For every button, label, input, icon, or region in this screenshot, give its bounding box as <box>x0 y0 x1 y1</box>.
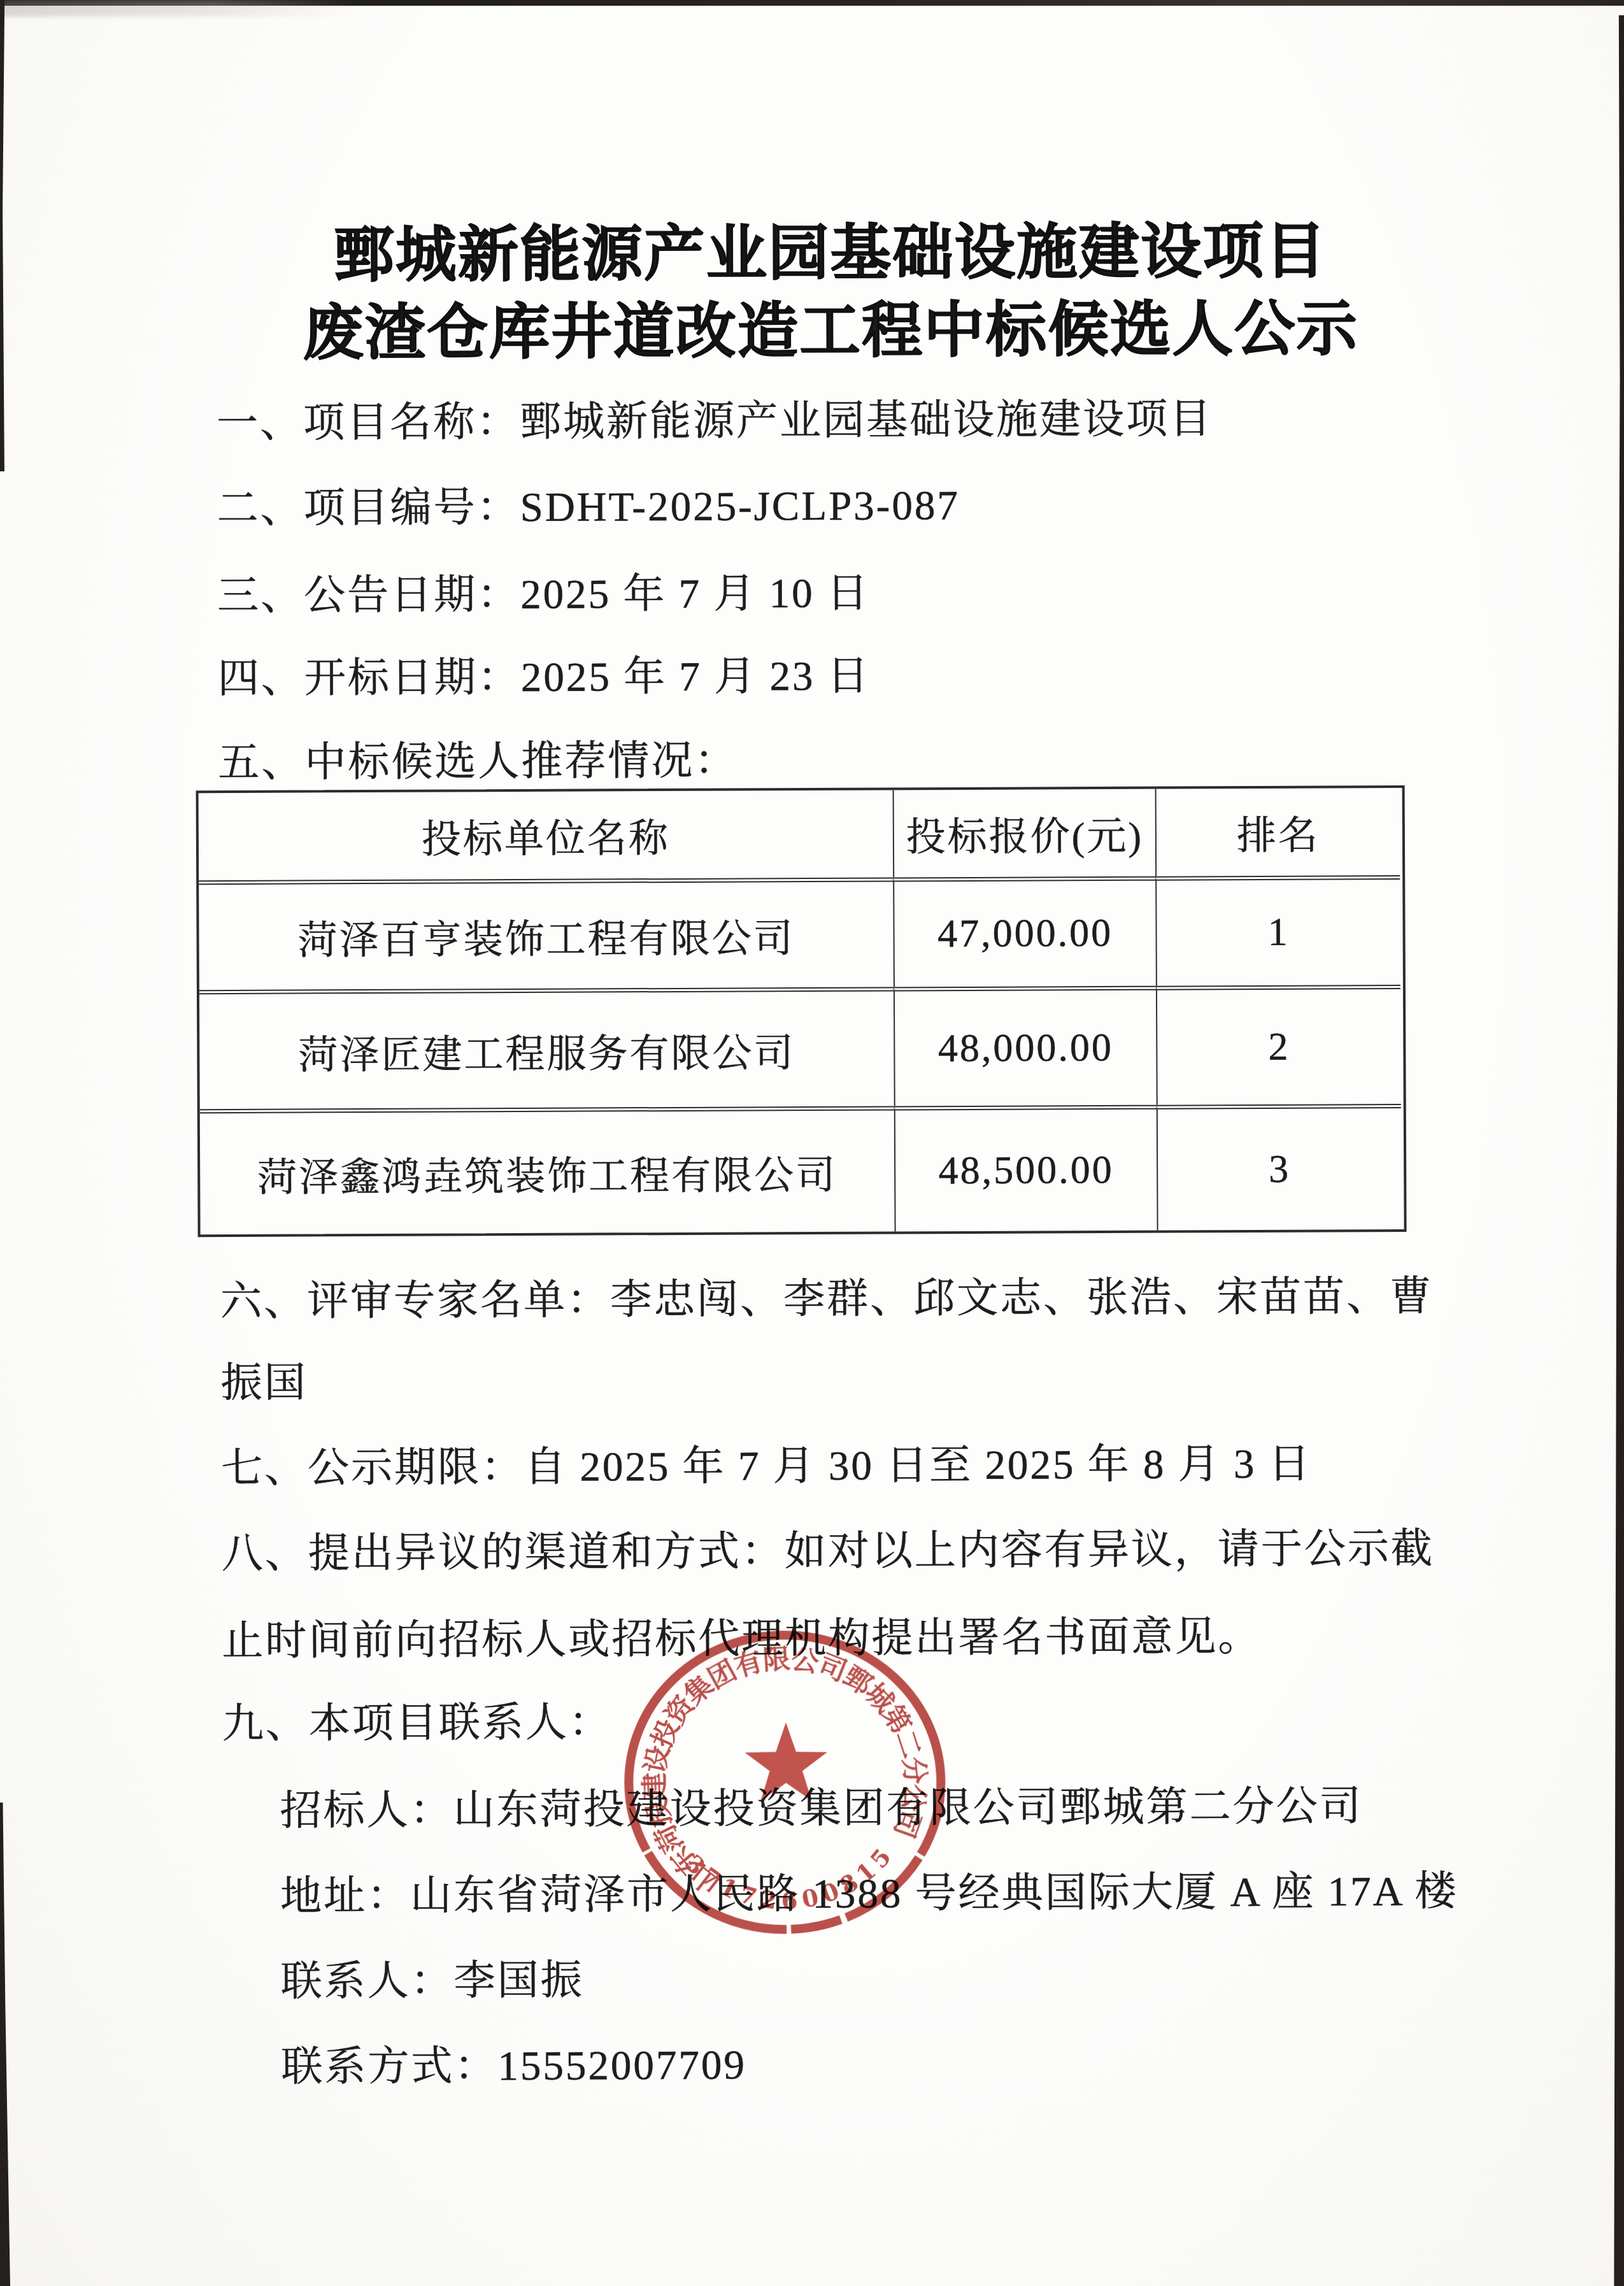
scanned-document-page: 鄄城新能源产业园基础设施建设项目 废渣仓库井道改造工程中标候选人公示 一、项目名… <box>0 0 1624 2286</box>
stamp-serial-char: 2 <box>759 1885 779 1915</box>
star-icon <box>744 1722 827 1801</box>
stamp-company-char: 建 <box>639 1772 671 1801</box>
stamp-company-char: 限 <box>762 1645 792 1676</box>
table-header-price: 投标报价(元) <box>893 789 1156 878</box>
table-cell-price-1: 47,000.00 <box>893 876 1156 987</box>
table-header-company: 投标单位名称 <box>199 790 894 880</box>
table-cell-company-1: 菏泽百亨装饰工程有限公司 <box>199 877 894 990</box>
table-cell-company-3: 菏泽鑫鸿垚筑装饰工程有限公司 <box>200 1106 895 1234</box>
stamp-serial-char: 6 <box>781 1887 799 1915</box>
table-cell-rank-1: 1 <box>1155 875 1400 986</box>
item-project-number: 二、项目编号：SDHT-2025-JCLP3-087 <box>217 471 960 534</box>
item-opening-date: 四、开标日期：2025 年 7 月 23 日 <box>218 642 871 704</box>
table-cell-company-2: 菏泽匠建工程服务有限公司 <box>199 987 894 1109</box>
table-cell-rank-3: 3 <box>1157 1104 1402 1231</box>
item-publicity-period: 七、公示期限：自 2025 年 7 月 30 日至 2025 年 8 月 3 日 <box>221 1430 1312 1494</box>
company-seal-stamp: 山东菏投建设投资集团有限公司鄄城第二分公司37172600815 <box>618 1620 951 1944</box>
contact-phone-line: 联系方式：15552007709 <box>281 2031 746 2092</box>
document-content: 鄄城新能源产业园基础设施建设项目 废渣仓库井道改造工程中标候选人公示 一、项目名… <box>0 0 1624 2286</box>
stamp-company-char: 分 <box>897 1755 930 1785</box>
item-experts-line1: 六、评审专家名单：李忠闯、李群、邱文志、张浩、宋苗苗、曹 <box>220 1262 1433 1327</box>
table-cell-rank-2: 2 <box>1156 985 1401 1105</box>
item-candidates-heading: 五、中标候选人推荐情况： <box>218 727 737 789</box>
table-header-rank: 排名 <box>1155 788 1400 876</box>
stamp-serial-char: 0 <box>799 1883 822 1914</box>
scan-smudge-top-left <box>0 0 357 17</box>
contact-person-line: 联系人：李国振 <box>281 1947 584 2008</box>
item-notice-date: 三、公告日期：2025 年 7 月 10 日 <box>217 559 870 622</box>
item-project-name: 一、项目名称：鄄城新能源产业园基础设施建设项目 <box>217 385 1213 449</box>
item-contact-heading: 九、本项目联系人： <box>222 1688 612 1750</box>
item-experts-line2: 振国 <box>220 1348 307 1409</box>
table-cell-price-3: 48,500.00 <box>894 1105 1157 1232</box>
candidates-table: 投标单位名称 投标报价(元) 排名 菏泽百亨装饰工程有限公司 47,000.00… <box>196 785 1407 1237</box>
table-cell-price-2: 48,000.00 <box>894 986 1157 1106</box>
item-objection-line1: 八、提出异议的渠道和方式：如对以上内容有异议，请于公示截 <box>222 1515 1434 1580</box>
document-title-line2: 废渣仓库井道改造工程中标候选人公示 <box>18 279 1624 373</box>
